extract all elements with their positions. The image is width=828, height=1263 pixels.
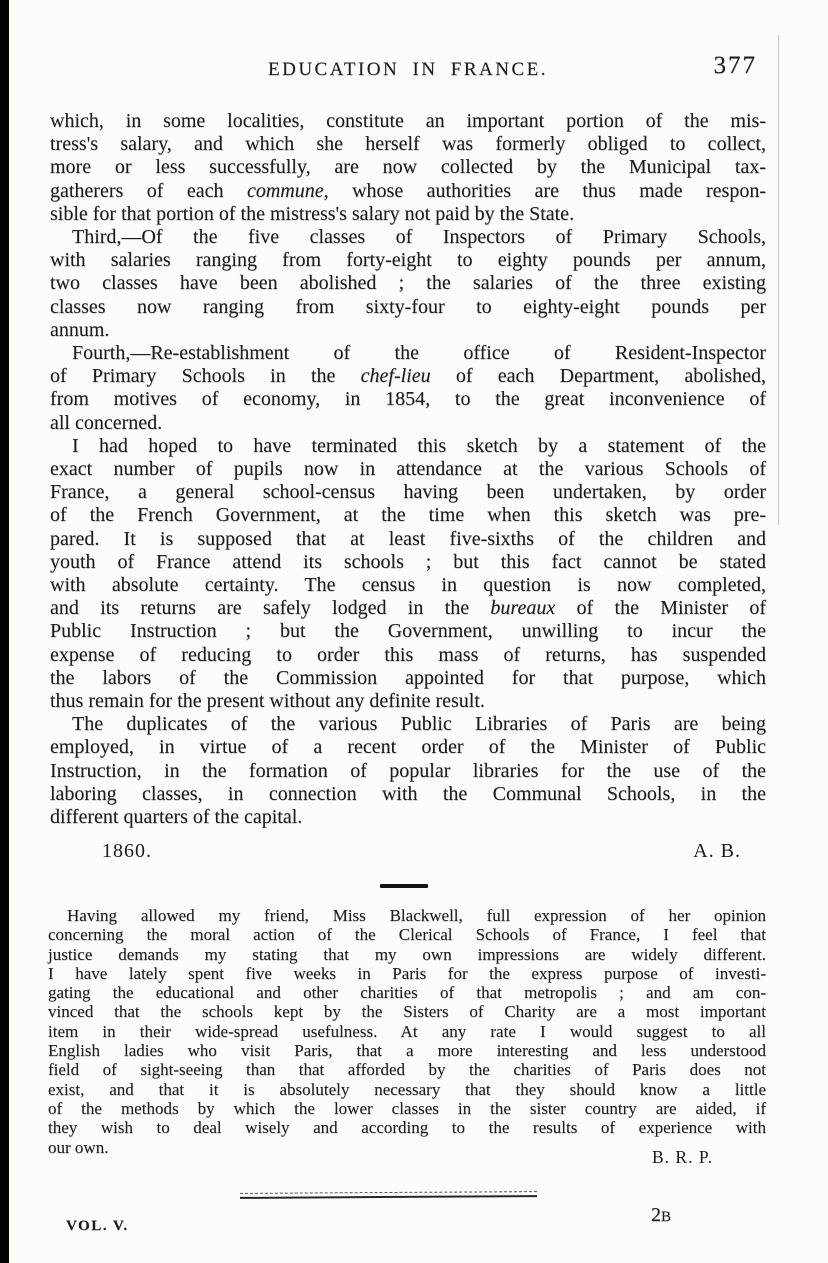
text-line: field of sight-seeing than that afforded… [48, 1060, 766, 1079]
section-divider-rule [380, 884, 428, 888]
text-line: vinced that the schools kept by the Sist… [48, 1002, 766, 1021]
paragraph: Fourth,—Re-establishment of the office o… [50, 342, 766, 435]
text-line: of the French Government, at the time wh… [50, 504, 766, 527]
editor-note-body: Having allowed my friend, Miss Blackwell… [48, 906, 766, 1157]
paragraph: I had hoped to have terminated this sket… [50, 435, 766, 713]
text-line: two classes have been abolished ; the sa… [50, 272, 766, 295]
text-line: The duplicates of the various Public Lib… [50, 713, 766, 736]
text-line: they wish to deal wisely and according t… [48, 1118, 766, 1137]
running-title: EDUCATION IN FRANCE. [50, 59, 766, 81]
text-line: Public Instruction ; but the Government,… [50, 620, 766, 643]
signature-mark-letter: B [661, 1209, 671, 1225]
text-line: concerning the moral action of the Cleri… [48, 925, 766, 944]
text-line: justice demands my stating that my own i… [48, 945, 766, 964]
printer-signature-mark: 2B [651, 1204, 671, 1227]
text-line: thus remain for the present without any … [50, 690, 766, 713]
text-line: different quarters of the capital. [50, 806, 766, 829]
article-byline: 1860. A. B. [50, 840, 766, 864]
text-line: of the methods by which the lower classe… [48, 1099, 766, 1118]
text-line: of Primary Schools in the chef-lieu of e… [50, 365, 766, 388]
note-signature: B. R. P. [48, 1147, 766, 1168]
paragraph: which, in some localities, constitute an… [50, 110, 766, 226]
text-line: Having allowed my friend, Miss Blackwell… [48, 906, 766, 925]
text-line: Third,—Of the five classes of Inspectors… [50, 226, 766, 249]
text-line: employed, in virtue of a recent order of… [50, 736, 766, 759]
text-line: exact number of pupils now in attendance… [50, 458, 766, 481]
text-line: expense of reducing to order this mass o… [50, 644, 766, 667]
text-line: laboring classes, in connection with the… [50, 783, 766, 806]
text-line: which, in some localities, constitute an… [50, 110, 766, 133]
scan-edge-artifact-left [0, 0, 9, 1263]
article-body: which, in some localities, constitute an… [50, 110, 766, 829]
text-line: pared. It is supposed that at least five… [50, 528, 766, 551]
scanned-book-page: EDUCATION IN FRANCE. 377 which, in some … [0, 0, 828, 1263]
text-line: the labors of the Commission appointed f… [50, 667, 766, 690]
text-line: with absolute certainty. The census in q… [50, 574, 766, 597]
volume-label: VOL. V. [66, 1218, 129, 1235]
text-line: sible for that portion of the mistress's… [50, 203, 766, 226]
text-line: and its returns are safely lodged in the… [50, 597, 766, 620]
text-line: classes now ranging from sixty-four to e… [50, 296, 766, 319]
text-line: I have lately spent five weeks in Paris … [48, 964, 766, 983]
paragraph: Having allowed my friend, Miss Blackwell… [48, 906, 766, 1157]
text-line: more or less successfully, are now colle… [50, 156, 766, 179]
article-signature: A. B. [693, 840, 741, 863]
text-line: France, a general school-census having b… [50, 481, 766, 504]
signature-mark-digit: 2 [651, 1204, 661, 1226]
page-number: 377 [714, 52, 758, 80]
text-line: youth of France attend its schools ; but… [50, 551, 766, 574]
text-line: annum. [50, 319, 766, 342]
scan-edge-artifact-right [778, 35, 779, 525]
text-line: item in their wide-spread usefulness. At… [48, 1022, 766, 1041]
text-line: English ladies who visit Paris, that a m… [48, 1041, 766, 1060]
paragraph: Third,—Of the five classes of Inspectors… [50, 226, 766, 342]
text-line: all concerned. [50, 412, 766, 435]
text-line: tress's salary, and which she herself wa… [50, 133, 766, 156]
text-line: with salaries ranging from forty-eight t… [50, 249, 766, 272]
text-line: gating the educational and other chariti… [48, 983, 766, 1002]
paragraph: The duplicates of the various Public Lib… [50, 713, 766, 829]
text-line: I had hoped to have terminated this sket… [50, 435, 766, 458]
text-line: Instruction, in the formation of popular… [50, 760, 766, 783]
footer-rule [240, 1191, 537, 1199]
article-date: 1860. [102, 840, 152, 863]
text-line: from motives of economy, in 1854, to the… [50, 388, 766, 411]
text-line: Fourth,—Re-establishment of the office o… [50, 342, 766, 365]
text-line: gatherers of each commune, whose authori… [50, 180, 766, 203]
text-line: exist, and that it is absolutely necessa… [48, 1080, 766, 1099]
